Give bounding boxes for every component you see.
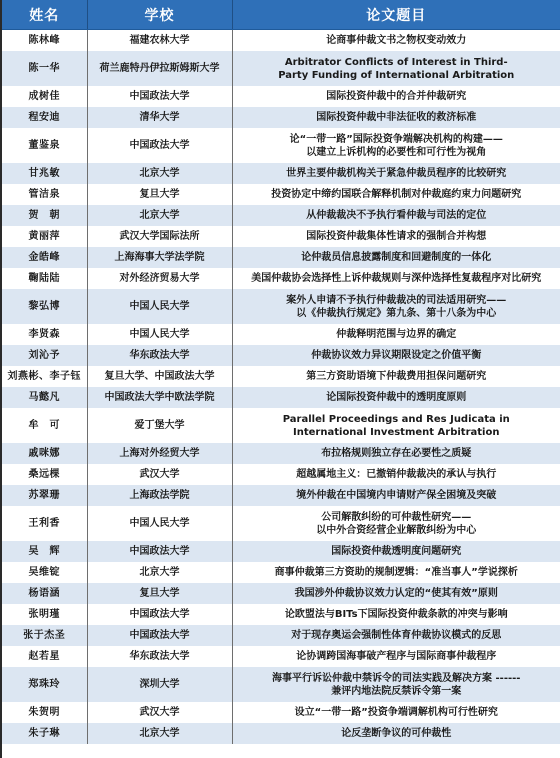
paper-title-line: 论“一带一路”国际投资争端解决机构的构建——	[237, 133, 557, 146]
paper-title-line: 我国涉外仲裁协议效力认定的“使其有效”原则	[237, 587, 557, 600]
paper-title-line: 论仲裁员信息披露制度和回避制度的一体化	[237, 251, 557, 264]
cell-school: 复旦大学	[87, 583, 232, 604]
cell-paper-title: 世界主要仲裁机构关于紧急仲裁员程序的比较研究	[232, 163, 560, 184]
cell-name: 张明瑾	[2, 604, 87, 625]
table-row: 黎弘博中国人民大学案外人申请不予执行仲裁裁决的司法适用研究——以《仲裁执行规定》…	[2, 289, 560, 324]
cell-paper-title: 论欧盟法与BITs下国际投资仲裁条款的冲突与影响	[232, 604, 560, 625]
cell-paper-title: Arbitrator Conflicts of Interest in Thir…	[232, 51, 560, 86]
table-row: 桑远棵武汉大学超越属地主义：已撤销仲裁裁决的承认与执行	[2, 464, 560, 485]
cell-paper-title: 商事仲裁第三方资助的规制逻辑：“准当事人”学说探析	[232, 562, 560, 583]
table-row: 赵若星华东政法大学论协调跨国海事破产程序与国际商事仲裁程序	[2, 646, 560, 667]
paper-title-line: 对于现存奥运会强制性体育仲裁协议模式的反思	[237, 629, 557, 642]
cell-paper-title: 国际投资仲裁中非法征收的救济标准	[232, 107, 560, 128]
cell-name: 朱贺明	[2, 702, 87, 723]
cell-name: 赵若星	[2, 646, 87, 667]
cell-paper-title: 案外人申请不予执行仲裁裁决的司法适用研究——以《仲裁执行规定》第九条、第十八条为…	[232, 289, 560, 324]
paper-title-line: 境外仲裁在中国境内申请财产保全困境及突破	[237, 489, 557, 502]
table-row: 李贤森中国人民大学仲裁释明范围与边界的确定	[2, 324, 560, 345]
cell-name: 张于杰圣	[2, 625, 87, 646]
paper-title-line: 国际投资仲裁中的合并仲裁研究	[237, 90, 557, 103]
paper-title-line: 超越属地主义：已撤销仲裁裁决的承认与执行	[237, 468, 557, 481]
paper-title-line: 从仲裁裁决不予执行看仲裁与司法的定位	[237, 209, 557, 222]
paper-title-line: 论国际投资仲裁中的透明度原则	[237, 391, 557, 404]
cell-school: 武汉大学	[87, 464, 232, 485]
cell-paper-title: 对于现存奥运会强制性体育仲裁协议模式的反思	[232, 625, 560, 646]
table-row: 朱子琳北京大学论反垄断争议的可仲裁性	[2, 723, 560, 744]
cell-paper-title: 论国际投资仲裁中的透明度原则	[232, 387, 560, 408]
cell-paper-title: 仲裁协议效力异议期限设定之价值平衡	[232, 345, 560, 366]
cell-name: 牟 可	[2, 408, 87, 443]
paper-title-line: 仲裁协议效力异议期限设定之价值平衡	[237, 349, 557, 362]
cell-name: 黄丽萍	[2, 226, 87, 247]
cell-name: 成树佳	[2, 86, 87, 107]
cell-name: 董鉴泉	[2, 128, 87, 163]
cell-school: 北京大学	[87, 562, 232, 583]
paper-title-line: 设立“一带一路”投资争端调解机构可行性研究	[237, 706, 557, 719]
cell-name: 贺 朝	[2, 205, 87, 226]
cell-school: 北京大学	[87, 163, 232, 184]
cell-paper-title: 从仲裁裁决不予执行看仲裁与司法的定位	[232, 205, 560, 226]
table-row: 贺 朝北京大学从仲裁裁决不予执行看仲裁与司法的定位	[2, 205, 560, 226]
paper-title-line: International Investment Arbitration	[237, 426, 557, 439]
table-row: 朱贺明武汉大学设立“一带一路”投资争端调解机构可行性研究	[2, 702, 560, 723]
cell-name: 杨语涵	[2, 583, 87, 604]
paper-title-line: 兼评内地法院反禁诉令第一案	[237, 685, 557, 698]
paper-title-line: Arbitrator Conflicts of Interest in Thir…	[237, 56, 557, 69]
cell-school: 上海对外经贸大学	[87, 443, 232, 464]
cell-school: 北京大学	[87, 723, 232, 744]
table-row: 程安迪清华大学国际投资仲裁中非法征收的救济标准	[2, 107, 560, 128]
cell-name: 陈林峰	[2, 30, 87, 52]
cell-name: 朱子琳	[2, 723, 87, 744]
paper-title-line: 案外人申请不予执行仲裁裁决的司法适用研究——	[237, 294, 557, 307]
cell-name: 甘兆敏	[2, 163, 87, 184]
cell-name: 管洁泉	[2, 184, 87, 205]
cell-school: 复旦大学	[87, 184, 232, 205]
cell-name: 程安迪	[2, 107, 87, 128]
table-row: 黄丽萍武汉大学国际法所国际投资仲裁集体性请求的强制合并构想	[2, 226, 560, 247]
paper-title-line: 国际投资仲裁中非法征收的救济标准	[237, 111, 557, 124]
table-row: 鞠陆陆对外经济贸易大学美国仲裁协会选择性上诉仲裁规则与深仲选择性复裁程序对比研究	[2, 268, 560, 289]
cell-paper-title: 国际投资仲裁透明度问题研究	[232, 541, 560, 562]
paper-title-line: 投资协定中缔约国联合解释机制对仲裁庭约束力问题研究	[237, 188, 557, 201]
table-row: 甘兆敏北京大学世界主要仲裁机构关于紧急仲裁员程序的比较研究	[2, 163, 560, 184]
paper-title-line: 以《仲裁执行规定》第九条、第十八条为中心	[237, 307, 557, 320]
paper-title-line: 以建立上诉机构的必要性和可行性为视角	[237, 146, 557, 159]
cell-name: 郑珠玲	[2, 667, 87, 702]
cell-school: 对外经济贸易大学	[87, 268, 232, 289]
cell-name: 马懿凡	[2, 387, 87, 408]
cell-school: 中国人民大学	[87, 506, 232, 541]
header-name: 姓名	[2, 0, 87, 30]
table-row: 金皓峰上海海事大学法学院论仲裁员信息披露制度和回避制度的一体化	[2, 247, 560, 268]
paper-list-table-container: 姓名 学校 论文题目 陈林峰福建农林大学论商事仲裁文书之物权变动效力陈一华荷兰鹿…	[0, 0, 560, 758]
cell-school: 中国政法大学	[87, 541, 232, 562]
table-row: 郑珠玲深圳大学海事平行诉讼仲裁中禁诉令的司法实践及解决方案 ------兼评内地…	[2, 667, 560, 702]
cell-paper-title: 第三方资助语境下仲裁费用担保问题研究	[232, 366, 560, 387]
cell-paper-title: 投资协定中缔约国联合解释机制对仲裁庭约束力问题研究	[232, 184, 560, 205]
cell-paper-title: 美国仲裁协会选择性上诉仲裁规则与深仲选择性复裁程序对比研究	[232, 268, 560, 289]
cell-school: 中国政法大学	[87, 604, 232, 625]
cell-school: 中国政法大学中欧法学院	[87, 387, 232, 408]
paper-title-line: Party Funding of International Arbitrati…	[237, 69, 557, 82]
table-row: 管洁泉复旦大学投资协定中缔约国联合解释机制对仲裁庭约束力问题研究	[2, 184, 560, 205]
cell-school: 深圳大学	[87, 667, 232, 702]
cell-name: 吴 辉	[2, 541, 87, 562]
cell-name: 吴维锭	[2, 562, 87, 583]
table-row: 张明瑾中国政法大学论欧盟法与BITs下国际投资仲裁条款的冲突与影响	[2, 604, 560, 625]
cell-name: 王利香	[2, 506, 87, 541]
paper-title-line: 论反垄断争议的可仲裁性	[237, 727, 557, 740]
paper-list-table: 姓名 学校 论文题目 陈林峰福建农林大学论商事仲裁文书之物权变动效力陈一华荷兰鹿…	[2, 0, 560, 744]
cell-paper-title: 布拉格规则独立存在必要性之质疑	[232, 443, 560, 464]
paper-title-line: 仲裁释明范围与边界的确定	[237, 328, 557, 341]
table-row: 成树佳中国政法大学国际投资仲裁中的合并仲裁研究	[2, 86, 560, 107]
paper-title-line: 美国仲裁协会选择性上诉仲裁规则与深仲选择性复裁程序对比研究	[237, 272, 557, 285]
table-row: 刘沁予华东政法大学仲裁协议效力异议期限设定之价值平衡	[2, 345, 560, 366]
cell-school: 华东政法大学	[87, 646, 232, 667]
paper-title-line: 论欧盟法与BITs下国际投资仲裁条款的冲突与影响	[237, 608, 557, 621]
table-row: 董鉴泉中国政法大学论“一带一路”国际投资争端解决机构的构建——以建立上诉机构的必…	[2, 128, 560, 163]
table-row: 王利香中国人民大学公司解散纠纷的可仲裁性研究——以中外合资经营企业解散纠纷为中心	[2, 506, 560, 541]
cell-paper-title: 海事平行诉讼仲裁中禁诉令的司法实践及解决方案 ------兼评内地法院反禁诉令第…	[232, 667, 560, 702]
cell-paper-title: 论“一带一路”国际投资争端解决机构的构建——以建立上诉机构的必要性和可行性为视角	[232, 128, 560, 163]
cell-paper-title: 国际投资仲裁中的合并仲裁研究	[232, 86, 560, 107]
cell-paper-title: 仲裁释明范围与边界的确定	[232, 324, 560, 345]
cell-name: 李贤森	[2, 324, 87, 345]
cell-school: 复旦大学、中国政法大学	[87, 366, 232, 387]
cell-name: 陈一华	[2, 51, 87, 86]
table-row: 刘燕彬、李子钰复旦大学、中国政法大学第三方资助语境下仲裁费用担保问题研究	[2, 366, 560, 387]
table-header-row: 姓名 学校 论文题目	[2, 0, 560, 30]
cell-school: 上海海事大学法学院	[87, 247, 232, 268]
cell-name: 金皓峰	[2, 247, 87, 268]
cell-school: 福建农林大学	[87, 30, 232, 52]
table-row: 吴 辉中国政法大学国际投资仲裁透明度问题研究	[2, 541, 560, 562]
paper-title-line: 公司解散纠纷的可仲裁性研究——	[237, 511, 557, 524]
cell-paper-title: 论商事仲裁文书之物权变动效力	[232, 30, 560, 52]
cell-paper-title: 论协调跨国海事破产程序与国际商事仲裁程序	[232, 646, 560, 667]
cell-paper-title: 境外仲裁在中国境内申请财产保全困境及突破	[232, 485, 560, 506]
cell-name: 黎弘博	[2, 289, 87, 324]
table-row: 戚咪娜上海对外经贸大学布拉格规则独立存在必要性之质疑	[2, 443, 560, 464]
cell-school: 中国人民大学	[87, 324, 232, 345]
cell-school: 中国政法大学	[87, 86, 232, 107]
header-school: 学校	[87, 0, 232, 30]
cell-school: 中国人民大学	[87, 289, 232, 324]
cell-school: 爱丁堡大学	[87, 408, 232, 443]
cell-paper-title: 论反垄断争议的可仲裁性	[232, 723, 560, 744]
table-row: 牟 可爱丁堡大学Parallel Proceedings and Res Jud…	[2, 408, 560, 443]
cell-school: 武汉大学	[87, 702, 232, 723]
cell-name: 苏翠珊	[2, 485, 87, 506]
paper-title-line: Parallel Proceedings and Res Judicata in	[237, 413, 557, 426]
paper-title-line: 论商事仲裁文书之物权变动效力	[237, 34, 557, 47]
cell-name: 刘沁予	[2, 345, 87, 366]
paper-title-line: 论协调跨国海事破产程序与国际商事仲裁程序	[237, 650, 557, 663]
table-row: 马懿凡中国政法大学中欧法学院论国际投资仲裁中的透明度原则	[2, 387, 560, 408]
cell-school: 荷兰鹿特丹伊拉斯姆斯大学	[87, 51, 232, 86]
paper-title-line: 世界主要仲裁机构关于紧急仲裁员程序的比较研究	[237, 167, 557, 180]
cell-school: 上海政法学院	[87, 485, 232, 506]
cell-paper-title: Parallel Proceedings and Res Judicata in…	[232, 408, 560, 443]
cell-name: 鞠陆陆	[2, 268, 87, 289]
paper-title-line: 以中外合资经营企业解散纠纷为中心	[237, 524, 557, 537]
paper-title-line: 国际投资仲裁集体性请求的强制合并构想	[237, 230, 557, 243]
cell-school: 中国政法大学	[87, 625, 232, 646]
cell-school: 清华大学	[87, 107, 232, 128]
cell-school: 武汉大学国际法所	[87, 226, 232, 247]
cell-paper-title: 超越属地主义：已撤销仲裁裁决的承认与执行	[232, 464, 560, 485]
cell-paper-title: 我国涉外仲裁协议效力认定的“使其有效”原则	[232, 583, 560, 604]
cell-school: 中国政法大学	[87, 128, 232, 163]
paper-title-line: 海事平行诉讼仲裁中禁诉令的司法实践及解决方案 ------	[237, 672, 557, 685]
paper-title-line: 第三方资助语境下仲裁费用担保问题研究	[237, 370, 557, 383]
cell-school: 华东政法大学	[87, 345, 232, 366]
cell-name: 刘燕彬、李子钰	[2, 366, 87, 387]
table-row: 苏翠珊上海政法学院境外仲裁在中国境内申请财产保全困境及突破	[2, 485, 560, 506]
cell-paper-title: 国际投资仲裁集体性请求的强制合并构想	[232, 226, 560, 247]
cell-paper-title: 设立“一带一路”投资争端调解机构可行性研究	[232, 702, 560, 723]
paper-title-line: 布拉格规则独立存在必要性之质疑	[237, 447, 557, 460]
table-row: 张于杰圣中国政法大学对于现存奥运会强制性体育仲裁协议模式的反思	[2, 625, 560, 646]
table-row: 陈林峰福建农林大学论商事仲裁文书之物权变动效力	[2, 30, 560, 52]
header-title: 论文题目	[232, 0, 560, 30]
table-row: 陈一华荷兰鹿特丹伊拉斯姆斯大学Arbitrator Conflicts of I…	[2, 51, 560, 86]
cell-name: 桑远棵	[2, 464, 87, 485]
paper-title-line: 商事仲裁第三方资助的规制逻辑：“准当事人”学说探析	[237, 566, 557, 579]
cell-name: 戚咪娜	[2, 443, 87, 464]
table-row: 杨语涵复旦大学我国涉外仲裁协议效力认定的“使其有效”原则	[2, 583, 560, 604]
cell-school: 北京大学	[87, 205, 232, 226]
cell-paper-title: 论仲裁员信息披露制度和回避制度的一体化	[232, 247, 560, 268]
cell-paper-title: 公司解散纠纷的可仲裁性研究——以中外合资经营企业解散纠纷为中心	[232, 506, 560, 541]
table-body: 陈林峰福建农林大学论商事仲裁文书之物权变动效力陈一华荷兰鹿特丹伊拉斯姆斯大学Ar…	[2, 30, 560, 745]
table-row: 吴维锭北京大学商事仲裁第三方资助的规制逻辑：“准当事人”学说探析	[2, 562, 560, 583]
paper-title-line: 国际投资仲裁透明度问题研究	[237, 545, 557, 558]
